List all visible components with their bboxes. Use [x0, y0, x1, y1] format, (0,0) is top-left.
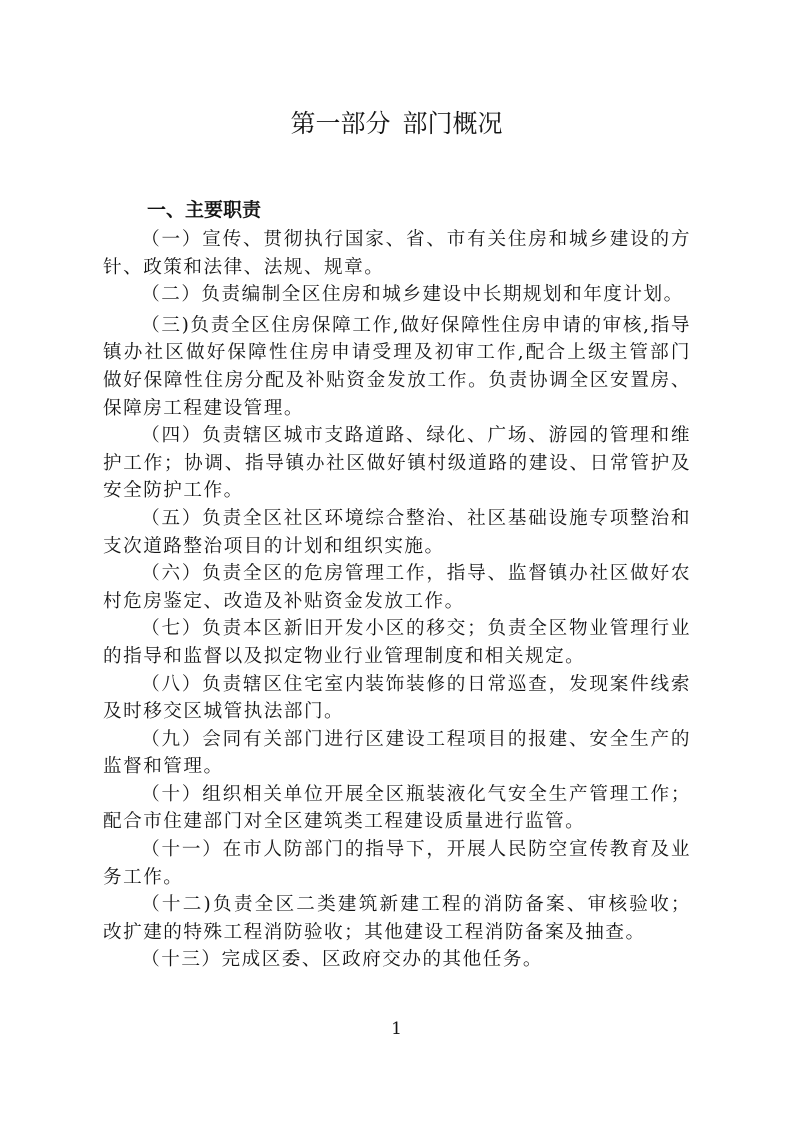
responsibility-item-13: （十三）完成区委、区政府交办的其他任务。	[103, 946, 691, 974]
page-number: 1	[0, 1019, 793, 1039]
responsibility-item-6: （六）负责全区的危房管理工作，指导、监督镇办社区做好农村危房鉴定、改造及补贴资金…	[103, 560, 691, 615]
title-section-label: 部门概况	[403, 109, 503, 138]
title-part-label: 第一部分	[290, 109, 390, 138]
responsibility-item-7: （七）负责本区新旧开发小区的移交；负责全区物业管理行业的指导和监督以及拟定物业行…	[103, 615, 691, 670]
section-heading: 一、主要职责	[147, 195, 261, 222]
responsibility-item-4: （四）负责辖区城市支路道路、绿化、广场、游园的管理和维护工作；协调、指导镇办社区…	[103, 422, 691, 505]
responsibility-item-10: （十）组织相关单位开展全区瓶装液化气安全生产管理工作；配合市住建部门对全区建筑类…	[103, 781, 691, 836]
responsibility-item-9: （九）会同有关部门进行区建设工程项目的报建、安全生产的监督和管理。	[103, 726, 691, 781]
responsibility-item-5: （五）负责全区社区环境综合整治、社区基础设施专项整治和支次道路整治项目的计划和组…	[103, 505, 691, 560]
page-title: 第一部分部门概况	[0, 104, 793, 140]
responsibility-item-3: （三)负责全区住房保障工作,做好保障性住房申请的审核,指导镇办社区做好保障性住房…	[103, 312, 691, 422]
responsibility-item-11: （十一）在市人防部门的指导下，开展人民防空宣传教育及业务工作。	[103, 836, 691, 891]
responsibility-item-12: （十二)负责全区二类建筑新建工程的消防备案、审核验收；改扩建的特殊工程消防验收；…	[103, 891, 691, 946]
document-page: 第一部分部门概况 一、主要职责 （一）宣传、贯彻执行国家、省、市有关住房和城乡建…	[0, 0, 793, 1122]
responsibility-item-1: （一）宣传、贯彻执行国家、省、市有关住房和城乡建设的方针、政策和法律、法规、规章…	[103, 226, 691, 281]
responsibility-item-8: （八）负责辖区住宅室内装饰装修的日常巡查，发现案件线索及时移交区城管执法部门。	[103, 671, 691, 726]
responsibilities-list: （一）宣传、贯彻执行国家、省、市有关住房和城乡建设的方针、政策和法律、法规、规章…	[103, 226, 691, 974]
responsibility-item-2: （二）负责编制全区住房和城乡建设中长期规划和年度计划。	[103, 281, 691, 309]
